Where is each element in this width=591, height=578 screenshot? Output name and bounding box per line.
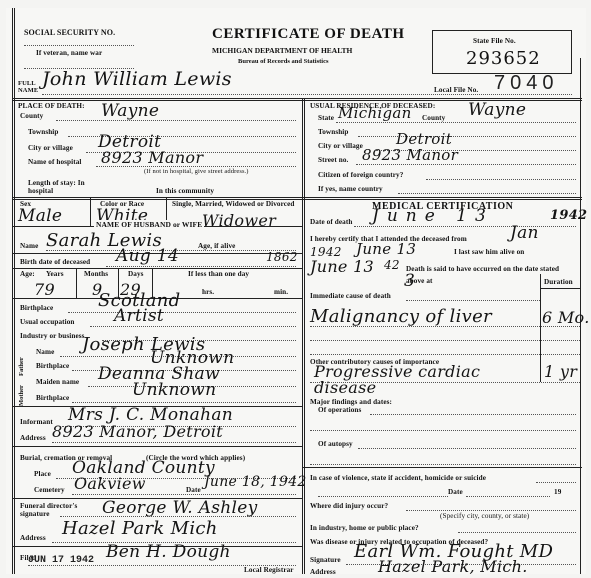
father-birthplace-label: Birthplace [36,362,69,370]
birth-month-day-value: Aug 14 [116,246,179,266]
informant-address-value: 8923 Manor, Detroit [52,422,223,441]
hospital-line [96,166,296,167]
state-file-box: State File No. 293652 [432,30,572,74]
birthplace-line [68,312,296,313]
immediate-duration-value: 6 Mo. [542,308,590,327]
section-divider-right [302,197,582,200]
autopsy-line-2 [310,464,576,465]
operations-line-2 [310,430,576,431]
father-name-label: Name [36,348,54,356]
last-seen-text: I last saw him alive on [454,248,524,256]
marital-label: Single, Married, Widowed or Divorced [172,200,298,208]
min-label: min. [274,288,288,296]
informant-label: Informant [20,418,53,426]
left-border [12,8,15,574]
industry-label: Industry or business [20,332,85,340]
birth-date-label: Birth date of deceased [20,258,90,266]
violence-line-2 [318,496,448,497]
informant-row-line [12,446,302,447]
cause-line-4 [310,354,580,355]
cause-line-3 [310,340,580,341]
injury-where-note: (Specify city, county, or state) [440,512,529,520]
physician-address-label: Address [310,568,336,576]
operations-label: Of operations [318,406,361,414]
sex-race-divider [90,198,91,226]
occupation-value: Artist [114,306,164,326]
residence-state-line [336,122,576,123]
injury-where-line [406,510,576,511]
residence-street-line [356,164,576,165]
mother-maiden-label: Maiden name [36,378,79,386]
duration-column-divider [540,274,541,382]
township-label: Township [28,128,59,136]
death-certificate: SOCIAL SECURITY NO. If veteran, name war… [6,8,586,574]
father-label: Father [18,346,25,376]
mother-birthplace-line [72,402,296,403]
citizen-label: Citizen of foreign country? [318,171,403,179]
hospital-note: (If not in hospital, give street address… [144,168,249,175]
date-of-death-label: Date of death [310,218,352,226]
local-file-label: Local File No. [434,86,478,94]
duration-label: Duration [544,278,573,286]
residence-township-label: Township [318,128,349,136]
place-of-death-heading: PLACE OF DEATH: [18,102,85,110]
injury-place-line [458,532,576,533]
operations-line [370,414,576,415]
autopsy-label: Of autopsy [318,440,353,448]
physician-address-value: Hazel Park, Mich. [378,557,528,576]
time-value: 3 [404,271,415,291]
spouse-heading: NAME OF HUSBAND or WIFE [94,220,204,229]
state-file-label: State File No. [473,37,516,45]
full-name-label: FULL NAME [18,80,38,94]
residence-state-value: Michigan [338,104,412,122]
attended-to-value: June 13 [356,240,416,258]
months-label: Months [84,270,108,278]
residence-street-label: Street no. [318,156,348,164]
years-value: 79 [34,280,55,299]
violence-date-label: Date [448,488,463,496]
spouse-name-label: Name [20,242,38,250]
hospital-value: 8923 Manor [101,148,203,167]
informant-address-line [52,442,296,443]
death-county-value: Wayne [101,101,159,121]
funeral-director-signature: George W. Ashley [102,498,258,518]
violence-year-label: 19 [554,488,561,496]
date-of-death-line [354,226,576,227]
autopsy-row-line [302,467,582,468]
ssn-label: SOCIAL SECURITY NO. [24,28,115,37]
birth-date-line [106,266,296,267]
years-months-divider [76,268,77,298]
full-name-line [42,94,572,95]
marital-value: Widower [202,211,276,230]
burial-date-label: Date [186,486,201,494]
contributory-cause-value: Progressive cardiac disease [314,364,514,396]
duration-header-line [540,288,580,289]
mother-birthplace-value: Unknown [132,380,216,400]
injury-where-label: Where did injury occur? [310,502,388,510]
director-address-value: Hazel Park Mich [62,518,218,539]
injury-place-label: In industry, home or public place? [310,524,419,532]
residence-township-line [358,136,576,137]
full-name-value: John William Lewis [42,68,232,90]
community-label: In this community [156,187,214,195]
county-line [56,120,296,121]
residence-state-label: State [318,114,334,122]
residence-county-label: County [422,114,445,122]
center-divider [302,98,305,574]
local-registrar-label: Local Registrar [244,566,294,574]
mother-birthplace-label: Birthplace [36,394,69,402]
cemetery-value: Oakview [74,474,146,493]
ssn-line [24,45,134,46]
birth-row-line [12,268,302,269]
attended-from-value: Jan [510,223,539,243]
less-than-day-label: If less than one day [188,270,249,278]
length-of-stay-label: Length of stay: In hospital [28,179,98,195]
hospital-label: Name of hospital [28,158,82,166]
autopsy-line [358,448,576,449]
cemetery-label: Cemetery [34,486,65,494]
cemetery-line [72,494,296,495]
violence-label: In case of violence, state if accident, … [310,474,486,482]
country-line [398,193,576,194]
citizen-line [426,179,576,180]
department-name: MICHIGAN DEPARTMENT OF HEALTH [212,46,352,55]
mother-label: Mother [18,376,25,406]
burial-place-label: Place [34,470,51,478]
veteran-label: If veteran, name war [36,49,102,57]
sex-value: Male [18,206,62,226]
residence-county-value: Wayne [468,100,526,120]
spouse-age-label: Age, if alive [198,242,235,250]
bureau-name: Bureau of Records and Statistics [238,58,329,65]
registrar-signature: Ben H. Dough [106,542,231,562]
occupation-line [90,326,296,327]
residence-street-value: 8923 Manor [362,146,458,164]
death-year-value: 1942 [550,208,587,223]
city-label: City or village [28,144,73,152]
years-label: Years [46,270,64,278]
immediate-cause-value: Malignancy of liver [310,306,492,327]
date-of-death-value: June 13 [372,206,494,226]
age-label: Age: [20,270,35,278]
immediate-cause-label: Immediate cause of death [310,292,391,300]
residence-city-label: City or village [318,142,363,150]
hrs-label: hrs. [202,288,214,296]
director-address-label: Address [20,534,46,542]
findings-label: Major findings and dates: [310,398,392,406]
country-label: If yes, name country [318,185,383,193]
violence-line [536,482,576,483]
last-seen-value: June 13 [310,257,374,276]
birth-year-value: 1862 [266,250,298,264]
informant-address-label: Address [20,434,46,442]
cause-line-2 [310,326,580,327]
occupation-label: Usual occupation [20,318,75,326]
contributory-duration-value: 1 yr [544,362,577,381]
county-label: County [20,112,43,120]
last-seen-year: 42 [384,258,400,272]
certificate-title: CERTIFICATE OF DEATH [212,26,405,43]
local-file-number: 7040 [494,72,559,95]
days-label: Days [128,270,144,278]
violence-date-line [466,496,550,497]
contributory-line [310,382,580,383]
physician-signature-label: Signature [310,556,341,564]
state-file-number: 293652 [466,48,541,69]
burial-date-value: June 18, 1942 [204,474,307,490]
immediate-cause-line [406,300,540,301]
funeral-director-line [60,516,296,517]
birthplace-label: Birthplace [20,304,53,312]
